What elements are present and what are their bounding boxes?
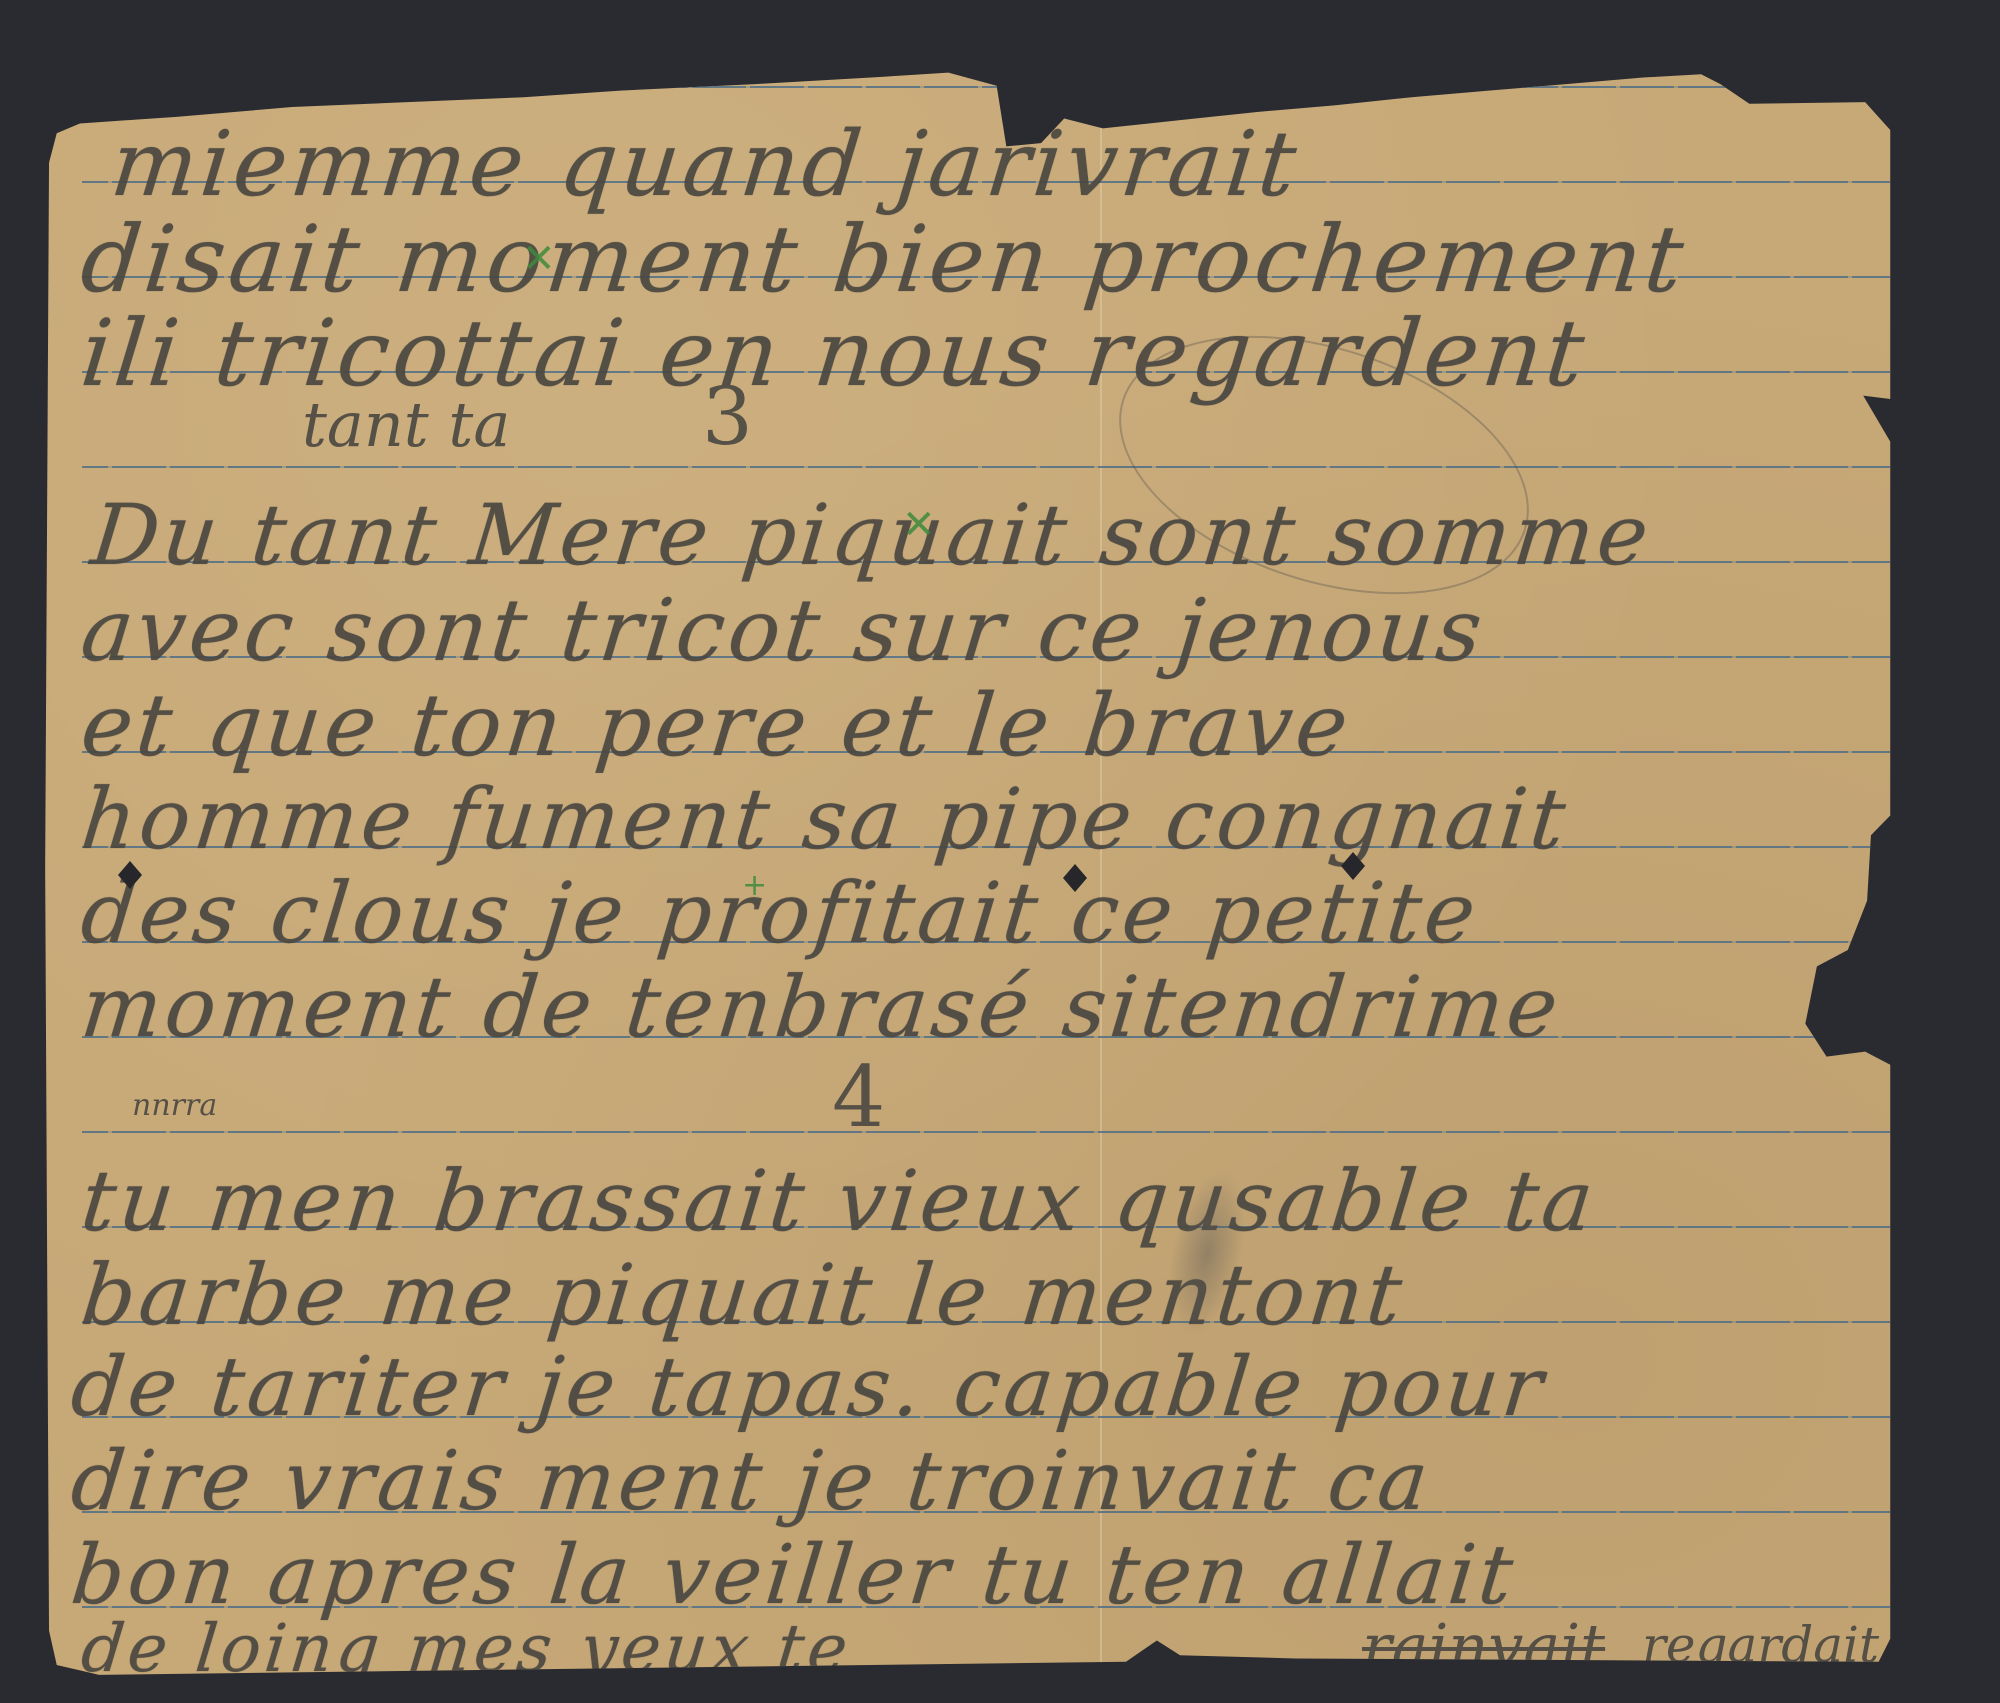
scribble-mark: nnrra — [132, 1088, 217, 1123]
handwritten-line-7: homme fument sa pipe congnait — [77, 770, 1574, 868]
handwritten-line-8: des clous je profitait ce petite — [77, 864, 1484, 962]
handwritten-line-14: bon apres la veiller tu ten allait — [67, 1528, 1521, 1623]
handwritten-line-13: dire vrais ment je troinvait ca — [67, 1434, 1436, 1529]
handwritten-line-2: disait moment bien prochement — [76, 206, 1692, 313]
handwritten-line-1: miemme quand jarivrait — [106, 112, 1304, 217]
ruled-line — [82, 466, 1962, 468]
handwritten-line-6: et que ton pere et le brave — [77, 676, 1357, 776]
handwritten-line-9: moment de tenbrasé sitendrime — [77, 958, 1566, 1056]
green-cross-mark: ✕ — [902, 502, 936, 548]
insertion-annotation: tant ta — [302, 388, 510, 461]
section-number-4: 4 — [832, 1048, 885, 1146]
handwritten-line-12: de tariter je tapas. capable pour — [67, 1340, 1551, 1435]
handwritten-line-5: avec sont tricot sur ce jenous — [77, 581, 1491, 681]
green-tick-mark: + — [742, 868, 767, 903]
green-cross-mark: ✕ — [522, 236, 556, 282]
letter-page: miemme quand jarivrait disait moment bie… — [22, 48, 1952, 1688]
section-number-3: 3 — [702, 370, 753, 463]
handwritten-line-10: tu men brassait vieux qusable ta — [77, 1152, 1602, 1250]
ruled-line — [82, 1131, 1962, 1133]
